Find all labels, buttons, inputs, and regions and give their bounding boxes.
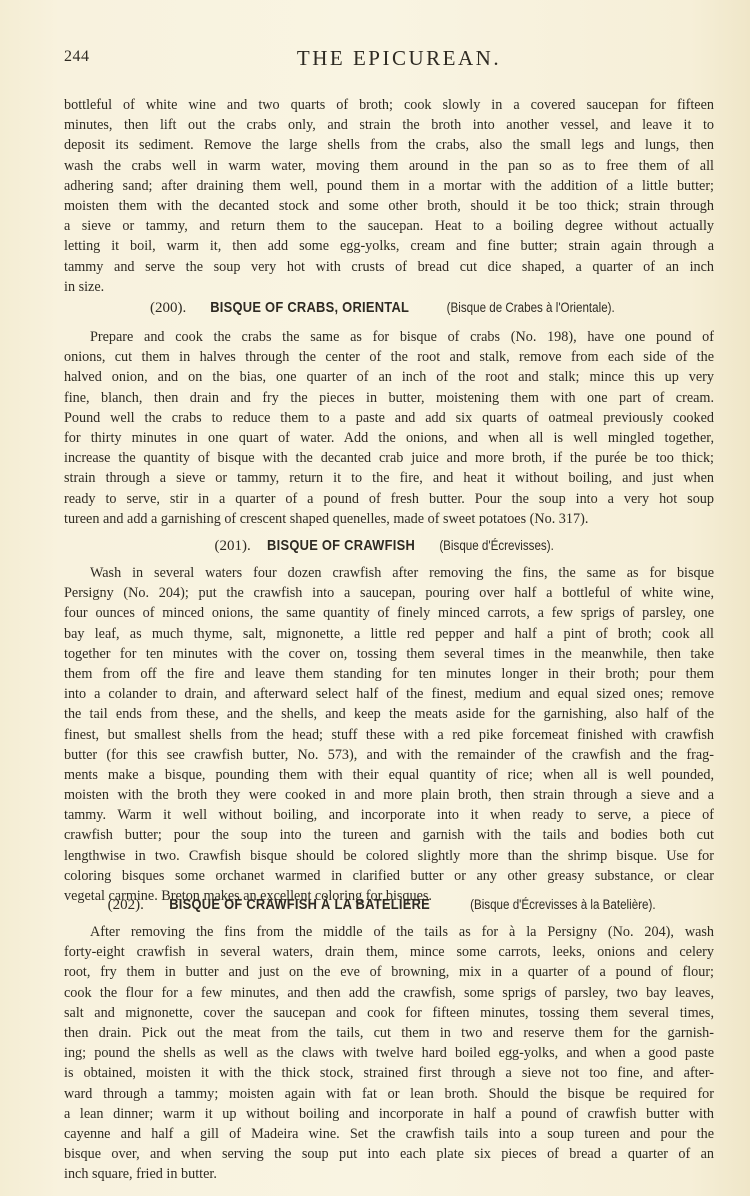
text-line: increase the quantity of bisque with the… xyxy=(64,448,714,468)
text-line: onions, cut them in halves through the c… xyxy=(64,347,714,367)
text-line: tammy and serve the soup very hot with c… xyxy=(64,257,714,277)
recipe-title: BISQUE OF CRABS, ORIENTAL xyxy=(210,299,409,316)
text-line: ward through a tammy; moisten again with… xyxy=(64,1084,714,1104)
text-line: letting it boil, warm it, then add some … xyxy=(64,236,714,256)
recipe-number: (201). xyxy=(215,538,251,554)
text-line: ing; pound the shells as well as the cla… xyxy=(64,1043,714,1063)
text-line: four ounces of minced onions, the same q… xyxy=(64,603,714,623)
text-line: crawfish butter; pour the soup into the … xyxy=(64,825,714,845)
recipe-body-200: Prepare and cook the crabs the same as f… xyxy=(64,327,714,529)
text-line: then drain. Pick out the meat from the t… xyxy=(64,1023,714,1043)
text-line: butter (for this see crawfish butter, No… xyxy=(64,745,714,765)
text-line: bisque over, and when serving the soup p… xyxy=(64,1144,714,1164)
text-line: moisten with the broth they were cooked … xyxy=(64,785,714,805)
recipe-title: BISQUE OF CRAWFISH À LA BATELIERE xyxy=(169,896,430,913)
text-line: cook the flour for a few minutes, and th… xyxy=(64,983,714,1003)
text-line: strain through a sieve or tammy, return … xyxy=(64,468,714,488)
text-line: lengthwise in two. Crawfish bisque shoul… xyxy=(64,846,714,866)
text-line: Prepare and cook the crabs the same as f… xyxy=(64,327,714,347)
text-line: in size. xyxy=(64,277,714,297)
text-line: Pound well the crabs to reduce them to a… xyxy=(64,408,714,428)
text-line: Wash in several waters four dozen crawfi… xyxy=(64,563,714,583)
text-line: ments make a bisque, pounding them with … xyxy=(64,765,714,785)
text-line: adhering sand; after draining them well,… xyxy=(64,176,714,196)
text-line: fine, blanch, then drain and fry the pie… xyxy=(64,388,714,408)
text-line: a lean dinner; warm it up without boilin… xyxy=(64,1104,714,1124)
text-line: minutes, then lift out the crabs only, a… xyxy=(64,115,714,135)
text-line: is obtained, moisten it with the thick s… xyxy=(64,1063,714,1083)
text-line: cayenne and half a gill of Madeira wine.… xyxy=(64,1124,714,1144)
text-line: deposit its sediment. Remove the large s… xyxy=(64,135,714,155)
text-line: tureen and add a garnishing of crescent … xyxy=(64,509,714,529)
recipe-french-title: (Bisque d'Écrevisses à la Batelière). xyxy=(470,897,655,912)
text-line: root, fry them in butter and just on the… xyxy=(64,962,714,982)
text-line: bottleful of white wine and two quarts o… xyxy=(64,95,714,115)
text-line: ready to serve, stir in a quarter of a p… xyxy=(64,489,714,509)
text-line: tammy. Warm it well without boiling, and… xyxy=(64,805,714,825)
text-line: a sieve or tammy, and return them to the… xyxy=(64,216,714,236)
recipe-heading-200: (200). BISQUE OF CRABS, ORIENTAL (Bisque… xyxy=(64,299,714,317)
recipe-number: (200). xyxy=(150,300,186,316)
text-line: for thirty minutes in one quart of water… xyxy=(64,428,714,448)
recipe-body-202: After removing the fins from the middle … xyxy=(64,922,714,1184)
text-line: forty-eight crawfish in several waters, … xyxy=(64,942,714,962)
text-line: halved onion, and on the bias, one quart… xyxy=(64,367,714,387)
text-line: them from off the fire and leave them st… xyxy=(64,664,714,684)
text-line: After removing the fins from the middle … xyxy=(64,922,714,942)
text-line: finest, but smallest shells from the hea… xyxy=(64,725,714,745)
recipe-number: (202). xyxy=(108,897,144,913)
text-line: inch square, fried in butter. xyxy=(64,1164,714,1184)
text-line: salt and mignonette, cover the saucepan … xyxy=(64,1003,714,1023)
text-line: moisten them with the decanted stock and… xyxy=(64,196,714,216)
recipe-heading-201: (201). BISQUE OF CRAWFISH (Bisque d'Écre… xyxy=(64,537,714,555)
running-title: THE EPICUREAN. xyxy=(64,46,714,71)
recipe-title: BISQUE OF CRAWFISH xyxy=(267,537,415,554)
text-line: coloring bisques some orchanet warmed in… xyxy=(64,866,714,886)
text-line: wash the crabs well in warm water, movin… xyxy=(64,156,714,176)
continuation-paragraph: bottleful of white wine and two quarts o… xyxy=(64,95,714,297)
text-line: Persigny (No. 204); put the crawfish int… xyxy=(64,583,714,603)
text-line: bay leaf, as much thyme, salt, mignonett… xyxy=(64,624,714,644)
running-head: 244 THE EPICUREAN. xyxy=(64,48,714,72)
book-page: 244 THE EPICUREAN. bottleful of white wi… xyxy=(0,0,750,1196)
recipe-body-201: Wash in several waters four dozen crawfi… xyxy=(64,563,714,906)
text-line: the tail ends from these, and the shells… xyxy=(64,704,714,724)
recipe-french-title: (Bisque d'Écrevisses). xyxy=(440,538,554,553)
recipe-french-title: (Bisque de Crabes à l'Orientale). xyxy=(446,300,614,315)
text-line: together for ten minutes with the cover … xyxy=(64,644,714,664)
recipe-heading-202: (202). BISQUE OF CRAWFISH À LA BATELIERE… xyxy=(64,896,714,914)
text-line: into a colander to drain, and afterward … xyxy=(64,684,714,704)
